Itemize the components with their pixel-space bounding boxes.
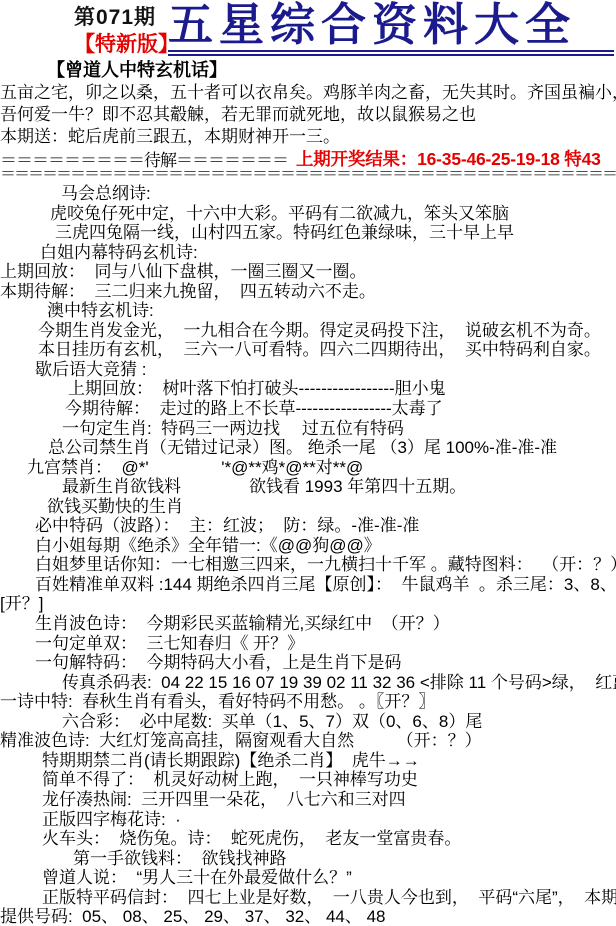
kill-number-table: 传真杀码表: 04 22 15 16 07 19 39 02 11 32 36 … <box>0 673 616 693</box>
current-issue-tip: 本期送：蛇后虎前三跟五，本期财神开一三。 <box>0 126 616 148</box>
open-placeholder: [开？] <box>0 594 616 614</box>
money-tip: 第一手欲钱料： 欲钱找神路 <box>0 849 616 869</box>
forbidden-two-zodiac: 特期期禁二肖(请长期跟踪)【绝杀二肖】 虎牛→→ <box>0 751 616 771</box>
zodiac-tip: 一句定生肖: 特码三一两边找 过五位有特码 <box>0 419 616 439</box>
poem-line: 三虎四兔隔一线，山村四五家。特码红色兼绿味，三十早上早 <box>0 223 616 243</box>
page-title: 五星综合资料大全 <box>168 0 614 56</box>
provided-numbers: 提供号码: 05、 08、 25、 29、 37、 32、 44、 48 <box>0 907 616 926</box>
baijie-dream-tip: 白姐梦里话你知：一七相邀三四来，一九横扫十千军 。藏特图料： （开：？） <box>0 555 616 575</box>
section-heading-aozhongte: 澳中特玄机诗: <box>0 301 616 321</box>
mystery-verse-line: 吾何爱一牛？即不忍其觳觫，若无罪而就死地，故以鼠猴易之也 <box>0 104 616 126</box>
forbidden-zodiac: 总公司禁生肖（无错过记录）图。 绝杀一尾 （3）尾 100%-准-准-准 <box>0 438 616 458</box>
double-rule: ＝＝＝＝＝＝＝＝＝＝＝＝＝＝＝＝＝＝＝＝＝＝＝＝＝＝＝＝＝＝＝＝＝＝＝＝＝＝＝＝… <box>0 168 616 184</box>
color-poem: 精准波色诗: 大红灯笼高高挂，隔窗观看大自然 （开：？） <box>0 731 616 751</box>
edition-badge: 【特新版】 <box>74 28 179 58</box>
current-issue-riddle: 今期待解： 走过的路上不长草-----------------太毒了 <box>0 399 616 419</box>
mystery-verse-line: 五亩之宅，卯之以桑，五十者可以衣帛矣。鸡豚羊肉之畜，无失其时。齐国虽褊小， <box>0 82 616 104</box>
pending-divider-label: ＝＝＝＝＝＝＝＝＝待解＝＝＝＝＝＝＝ <box>0 148 288 168</box>
section-heading-baijie: 白姐内幕特码玄机诗: <box>0 243 616 263</box>
poem-line: 虎咬兔仔死中定，十六中大彩。平码有二欲减九，笨头又笨脑 <box>0 204 616 224</box>
content-section: 马会总纲诗:虎咬兔仔死中定，十六中大彩。平码有二欲减九，笨头又笨脑三虎四兔隔一线… <box>0 184 616 926</box>
header: 第071期 【特新版】 五星综合资料大全 <box>0 0 616 58</box>
section-heading-meihua: 正版四字梅花诗: · <box>0 810 616 830</box>
baixiaojie-tip: 白小姐每期《绝杀》全年错一:《@@狗@@》 <box>0 536 616 556</box>
last-issue-review: 上期回放： 同与八仙下盘棋，一圈三圈又一圈。 <box>0 262 616 282</box>
color-wave-tip: 必中特码（波路）： 主：红波； 防：绿。-准-准-准 <box>0 516 616 536</box>
poem-line: 龙仔凑热闹: 三开四里一朵花， 八七六和三对四 <box>0 790 616 810</box>
poem-line: 简单不得了： 机灵好动树上跑， 一只神棒写功史 <box>0 770 616 790</box>
zengdaoren-quote: 曾道人说： “男人三十在外最爱做什么？” <box>0 868 616 888</box>
divider-row: ＝＝＝＝＝＝＝＝＝待解＝＝＝＝＝＝＝ 上期开奖结果：16-35-46-25-19… <box>0 148 616 168</box>
jiugong-forbidden: 九宫禁肖： @*' '*@**鸡*@**对**@ <box>0 458 616 478</box>
zodiac-money-tip: 欲钱买勤快的生肖 <box>0 497 616 517</box>
poem-line: 火车头： 烧伤兔。诗： 蛇死虎伤， 老友一堂富贵春。 <box>0 829 616 849</box>
zodiac-money-tip: 最新生肖欲钱料 欲钱看 1993 年第四十五期。 <box>0 477 616 497</box>
current-issue-riddle: 本期待解： 三二归来九挽留， 四五转动六不走。 <box>0 282 616 302</box>
oddeven-line: 一句定单双： 三七知春归《 开？》 <box>0 634 616 654</box>
lottery-tip-sheet: 第071期 【特新版】 五星综合资料大全 【曾道人中特玄机话】五亩之宅，卯之以桑… <box>0 0 616 926</box>
issue-number: 第071期 <box>74 1 156 31</box>
section-heading-xiehouyu: 歇后语大竞猜 : <box>0 360 616 380</box>
last-issue-review: 上期回放： 树叶落下怕打破头-----------------胆小鬼 <box>0 379 616 399</box>
poem-line: 一诗中特: 春秋生肖有看头，看好特码不用愁。 。〖开？〗 <box>0 692 616 712</box>
special-code-line: 一句解特码： 今期特码大小看，上是生肖下是码 <box>0 653 616 673</box>
color-poem: 生肖波色诗： 今期彩民买蓝输精光,买绿红中 （开？） <box>0 614 616 634</box>
oddeven-tip: 百姓精准单双料 :144 期绝杀四肖三尾【原创】： 牛鼠鸡羊 。杀三尾：3、8、… <box>0 575 616 595</box>
section-heading-zengdaoren: 【曾道人中特玄机话】 <box>0 58 616 82</box>
envelope-tip: 正版特平码信封： 四七上业是好数， 一八贵人今也到， 平码“六尾”， 本期： 三… <box>0 888 616 908</box>
poem-line: 本日挂历有玄机， 三六一八可看特。四六二四期待出， 买中特码利自家。 <box>0 340 616 360</box>
section-heading-mahui: 马会总纲诗: <box>0 184 616 204</box>
intro-section: 【曾道人中特玄机话】五亩之宅，卯之以桑，五十者可以衣帛矣。鸡豚羊肉之畜，无失其时… <box>0 58 616 148</box>
tail-number-tip: 六合彩： 必中尾数: 买单（1、5、7）双（0、6、8）尾 <box>0 712 616 732</box>
last-draw-result: 上期开奖结果：16-35-46-25-19-18 特43 <box>296 148 601 168</box>
poem-line: 今期生肖发金光， 一九相合在今期。得定灵码投下注， 说破玄机不为奇。 <box>0 321 616 341</box>
